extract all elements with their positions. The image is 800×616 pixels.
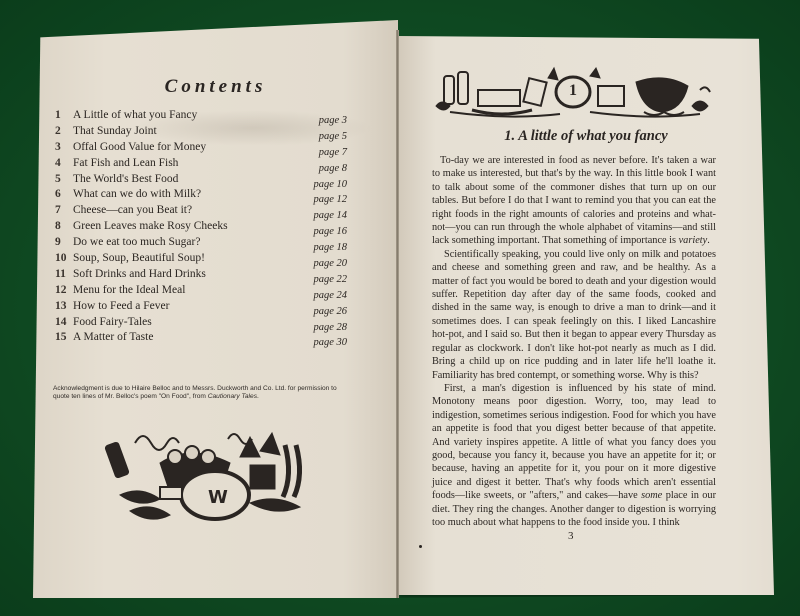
toc-entry: 15 A Matter of Taste page 30 <box>55 330 347 346</box>
toc-entry: 14 Food Fairy-Tales page 28 <box>55 315 347 331</box>
food-vignette-illustration-icon: W <box>100 425 330 530</box>
toc-entry: 3 Offal Good Value for Money page 7 <box>55 140 347 156</box>
emphasis-text: some <box>641 490 662 501</box>
toc-entry: 10 Soup, Soup, Beautiful Soup! page 20 <box>55 251 347 267</box>
svg-text:W: W <box>208 487 228 508</box>
toc-entry-number: 13 <box>55 299 71 315</box>
toc-entry-number: 15 <box>55 330 71 346</box>
toc-entry-title: Menu for the Ideal Meal <box>73 283 185 299</box>
toc-entry: 2 That Sunday Joint page 5 <box>55 124 347 140</box>
body-paragraph: First, a man's digestion is influenced b… <box>432 382 716 529</box>
toc-entry: 11 Soft Drinks and Hard Drinks page 22 <box>55 267 347 283</box>
paper-speck <box>419 545 422 548</box>
toc-entry: 6 What can we do with Milk? page 12 <box>55 187 347 203</box>
toc-entry-number: 8 <box>55 219 71 235</box>
toc-entry-title: Food Fairy-Tales <box>73 315 152 331</box>
toc-entry: 9 Do we eat too much Sugar? page 18 <box>55 235 347 251</box>
toc-entry-title: How to Feed a Fever <box>73 299 169 315</box>
table-of-contents: 1 A Little of what you Fancy page 3 2 Th… <box>55 108 347 346</box>
toc-entry: 5 The World's Best Food page 10 <box>55 172 347 188</box>
page-number: 3 <box>568 530 574 542</box>
chapter-title: 1. A little of what you fancy <box>398 128 774 145</box>
acknowledgment-end: . <box>257 393 259 400</box>
chapter-number-badge: 1 <box>563 82 583 100</box>
toc-entry-number: 5 <box>55 172 71 188</box>
toc-entry-number: 7 <box>55 203 71 219</box>
paragraph-text: To-day we are interested in food as neve… <box>432 155 716 246</box>
toc-entry: 8 Green Leaves make Rosy Cheeks page 16 <box>55 219 347 235</box>
toc-entry-title: That Sunday Joint <box>73 124 157 140</box>
paragraph-text: Scientifically speaking, you could live … <box>432 249 716 381</box>
toc-entry-title: A Little of what you Fancy <box>73 108 197 124</box>
acknowledgment-text: Acknowledgment is due to Hilaire Belloc … <box>53 385 337 400</box>
toc-entry: 4 Fat Fish and Lean Fish page 8 <box>55 156 347 172</box>
toc-entry-number: 14 <box>55 315 71 331</box>
book-spine-gutter <box>396 30 399 598</box>
toc-entry-number: 1 <box>55 108 71 124</box>
toc-entry-title: Do we eat too much Sugar? <box>73 235 200 251</box>
acknowledgment-note: Acknowledgment is due to Hilaire Belloc … <box>53 385 343 401</box>
toc-entry-title: Fat Fish and Lean Fish <box>73 156 178 172</box>
toc-entry-number: 2 <box>55 124 71 140</box>
toc-entry-number: 3 <box>55 140 71 156</box>
toc-entry-number: 11 <box>55 267 71 283</box>
toc-entry-number: 12 <box>55 283 71 299</box>
toc-entry-number: 6 <box>55 187 71 203</box>
toc-entry-title: A Matter of Taste <box>73 330 153 346</box>
toc-entry-title: Cheese—can you Beat it? <box>73 203 192 219</box>
toc-entry: 1 A Little of what you Fancy page 3 <box>55 108 347 124</box>
toc-entry: 12 Menu for the Ideal Meal page 24 <box>55 283 347 299</box>
paragraph-text: First, a man's digestion is influenced b… <box>432 383 716 501</box>
emphasis-text: variety <box>679 235 708 246</box>
toc-entry-title: Offal Good Value for Money <box>73 140 206 156</box>
paragraph-text: . <box>707 235 710 246</box>
acknowledgment-source: Cautionary Tales <box>208 393 257 400</box>
toc-entry-page: page 30 <box>313 335 347 351</box>
toc-entry-title: The World's Best Food <box>73 172 178 188</box>
contents-heading: Contents <box>33 76 398 98</box>
toc-entry-number: 10 <box>55 251 71 267</box>
toc-entry-title: What can we do with Milk? <box>73 187 201 203</box>
toc-entry-title: Soup, Soup, Beautiful Soup! <box>73 251 205 267</box>
toc-entry-title: Soft Drinks and Hard Drinks <box>73 267 206 283</box>
toc-entry: 13 How to Feed a Fever page 26 <box>55 299 347 315</box>
toc-entry-number: 9 <box>55 235 71 251</box>
body-paragraph: Scientifically speaking, you could live … <box>432 248 716 382</box>
toc-entry-title: Green Leaves make Rosy Cheeks <box>73 219 228 235</box>
toc-entry-number: 4 <box>55 156 71 172</box>
chapter-body-text: To-day we are interested in food as neve… <box>432 154 716 529</box>
body-paragraph: To-day we are interested in food as neve… <box>432 154 716 248</box>
toc-entry: 7 Cheese—can you Beat it? page 14 <box>55 203 347 219</box>
